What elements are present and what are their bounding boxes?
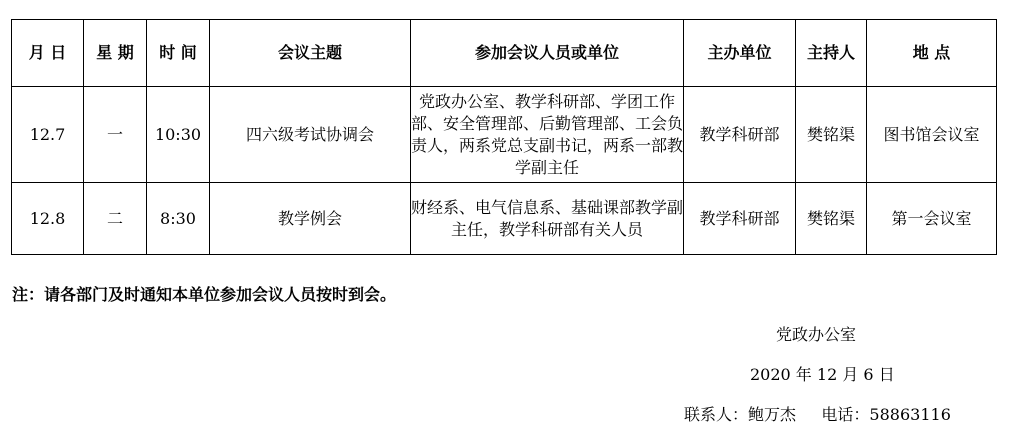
cell-location: 第一会议室	[867, 183, 997, 255]
cell-host: 樊铭渠	[796, 87, 867, 183]
header-participants: 参加会议人员或单位	[411, 20, 684, 87]
cell-time: 8:30	[147, 183, 210, 255]
cell-organizer: 教学科研部	[684, 183, 796, 255]
header-location: 地 点	[867, 20, 997, 87]
cell-weekday: 二	[84, 183, 147, 255]
cell-topic: 四六级考试协调会	[210, 87, 411, 183]
header-time: 时 间	[147, 20, 210, 87]
cell-topic: 教学例会	[210, 183, 411, 255]
header-organizer: 主办单位	[684, 20, 796, 87]
header-weekday: 星 期	[84, 20, 147, 87]
header-host: 主持人	[796, 20, 867, 87]
cell-host: 樊铭渠	[796, 183, 867, 255]
cell-location: 图书馆会议室	[867, 87, 997, 183]
table-row: 12.8 二 8:30 教学例会 财经系、电气信息系、基础课部教学副主任，教学科…	[12, 183, 997, 255]
meeting-schedule-table: 月 日 星 期 时 间 会议主题 参加会议人员或单位 主办单位 主持人 地 点 …	[11, 19, 997, 255]
header-date: 月 日	[12, 20, 84, 87]
cell-participants: 党政办公室、教学科研部、学团工作部、安全管理部、后勤管理部、工会负责人，两系党总…	[411, 87, 684, 183]
header-topic: 会议主题	[210, 20, 411, 87]
table-header-row: 月 日 星 期 时 间 会议主题 参加会议人员或单位 主办单位 主持人 地 点	[12, 20, 997, 87]
cell-date: 12.8	[12, 183, 84, 255]
cell-time: 10:30	[147, 87, 210, 183]
issuing-office: 党政办公室	[776, 322, 856, 345]
cell-organizer: 教学科研部	[684, 87, 796, 183]
issue-date: 2020 年 12 月 6 日	[750, 362, 895, 385]
table-row: 12.7 一 10:30 四六级考试协调会 党政办公室、教学科研部、学团工作部、…	[12, 87, 997, 183]
cell-date: 12.7	[12, 87, 84, 183]
cell-participants: 财经系、电气信息系、基础课部教学副主任，教学科研部有关人员	[411, 183, 684, 255]
cell-weekday: 一	[84, 87, 147, 183]
contact-info: 联系人：鲍万杰 电话：58863116	[684, 402, 951, 425]
attendance-note: 注：请各部门及时通知本单位参加会议人员按时到会。	[12, 282, 396, 305]
